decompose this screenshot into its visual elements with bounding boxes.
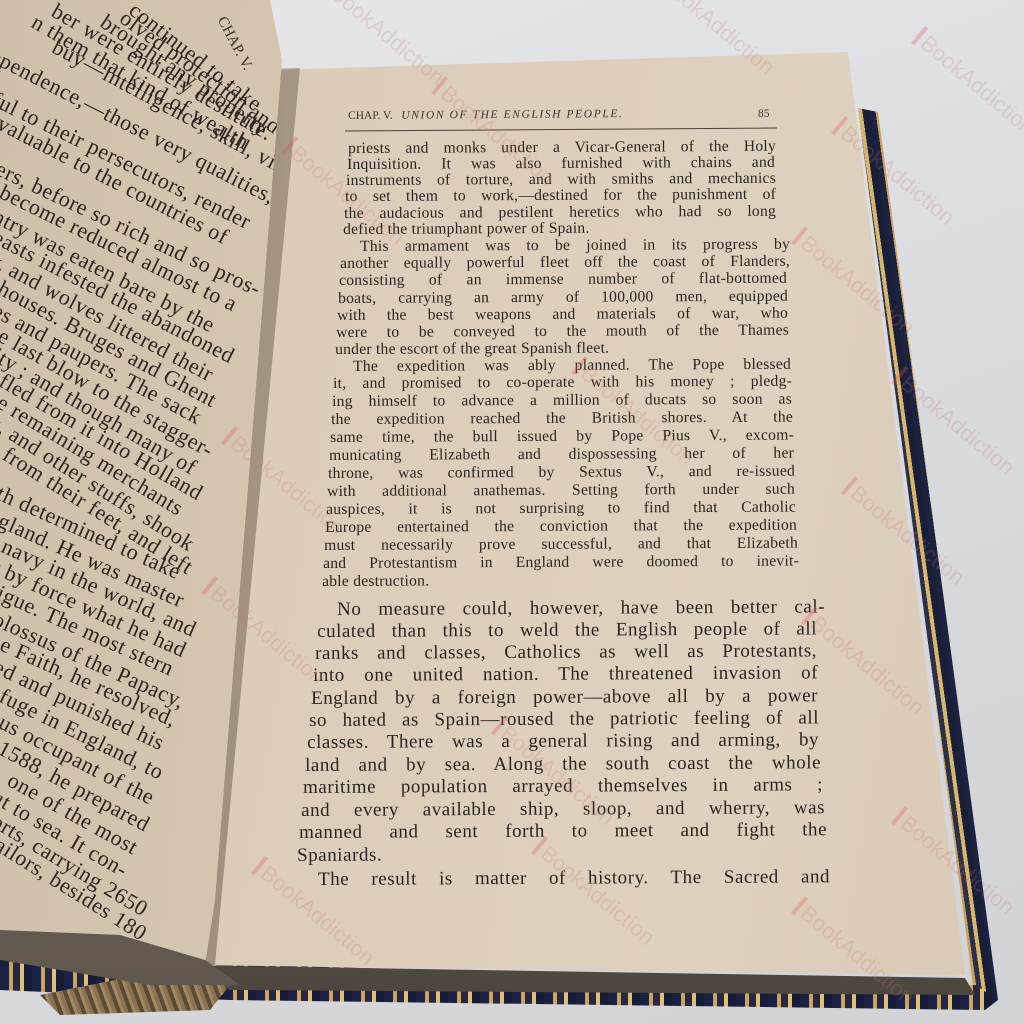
text-line: land and by sea. Along the south coast t… [305, 752, 821, 777]
text-line: and Protestantism in England were doomed… [323, 553, 799, 573]
text-line: into one united nation. The threatened i… [313, 662, 818, 687]
text-line: ing himself to advance a million of duca… [332, 391, 792, 411]
text-line: classes. There was a general rising and … [307, 729, 819, 754]
text-line: ranks and classes, Catholics as well as … [315, 640, 817, 665]
page-number: 85 [758, 108, 770, 120]
text-line: and every available ship, sloop, and whe… [301, 797, 825, 822]
chapter-title: UNION OF THE ENGLISH PEOPLE. [401, 108, 623, 122]
text-line: maritime population arrayed themselves i… [303, 774, 823, 799]
text-line: No measure could, however, have been bet… [337, 596, 825, 621]
running-header: CHAP. V. UNION OF THE ENGLISH PEOPLE. [348, 108, 623, 122]
text-line: manned and sent forth to meet and fight … [299, 819, 827, 844]
text-line: able destruction. [322, 572, 429, 591]
text-line: so hated as Spain—roused the patriotic f… [309, 707, 819, 732]
chapter-label: CHAP. V. [348, 110, 393, 122]
text-line: consisting of an immense number of flat-… [339, 270, 787, 290]
text-line: same time, the bull issued by Pope Pius … [330, 427, 794, 447]
text-line: The result is matter of history. The Sac… [318, 866, 830, 891]
text-line: Spaniards. [297, 845, 382, 867]
text-line: culated than this to weld the English pe… [317, 618, 817, 643]
text-line: England by a foreign power—above all by … [311, 685, 818, 710]
text-line: it, and promised to co-operate with his … [333, 373, 792, 393]
text-line: the expedition reached the British shore… [331, 409, 793, 429]
